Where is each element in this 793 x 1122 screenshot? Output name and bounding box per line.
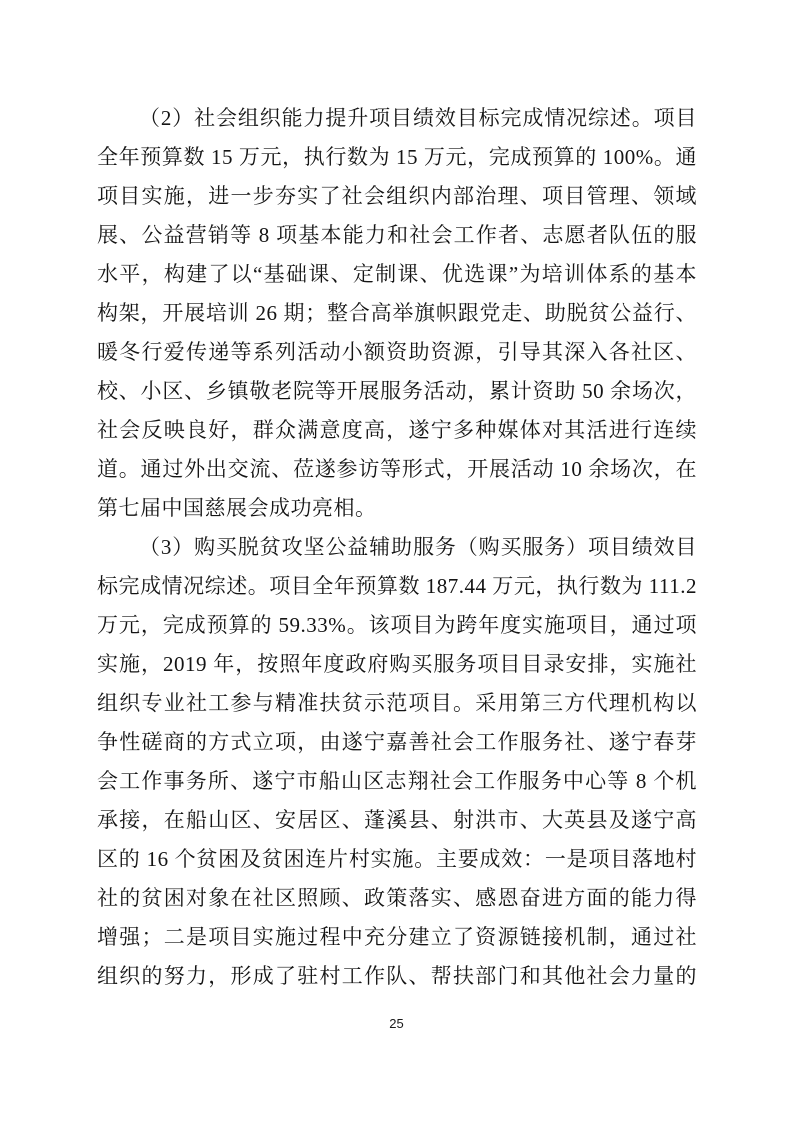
text-line: 争性磋商的方式立项，由遂宁嘉善社会工作服务社、遂宁春芽社 [97, 723, 697, 762]
text-line: 组织专业社工参与精准扶贫示范项目。采用第三方代理机构以竞 [97, 684, 697, 723]
text-line: 会工作事务所、遂宁市船山区志翔社会工作服务中心等 8 个机构 [97, 762, 697, 801]
document-page: （2）社会组织能力提升项目绩效目标完成情况综述。项目 全年预算数 15 万元，执… [0, 0, 793, 1122]
text-line: 实施，2019 年，按照年度政府购买服务项目目录安排，实施社会 [97, 645, 697, 684]
text-line: （2）社会组织能力提升项目绩效目标完成情况综述。项目 [97, 99, 697, 138]
text-line: 标完成情况综述。项目全年预算数 187.44 万元，执行数为 111.2 [97, 567, 697, 606]
text-line: （3）购买脱贫攻坚公益辅助服务（购买服务）项目绩效目 [97, 528, 697, 567]
text-line: 第七届中国慈展会成功亮相。 [97, 489, 697, 528]
text-line: 展、公益营销等 8 项基本能力和社会工作者、志愿者队伍的服务 [97, 216, 697, 255]
paragraph-section-2: （2）社会组织能力提升项目绩效目标完成情况综述。项目 全年预算数 15 万元，执… [97, 99, 697, 528]
text-line: 万元，完成预算的 59.33%。该项目为跨年度实施项目，通过项目 [97, 606, 697, 645]
text-line: 组织的努力，形成了驻村工作队、帮扶部门和其他社会力量的合 [97, 957, 697, 996]
text-line: 区的 16 个贫困及贫困连片村实施。主要成效：一是项目落地村 [97, 840, 697, 879]
text-line: 全年预算数 15 万元，执行数为 15 万元，完成预算的 100%。通过 [97, 138, 697, 177]
document-body: （2）社会组织能力提升项目绩效目标完成情况综述。项目 全年预算数 15 万元，执… [97, 99, 697, 996]
text-line: 道。通过外出交流、莅遂参访等形式，开展活动 10 余场次，在 [97, 450, 697, 489]
text-line: 暖冬行爱传递等系列活动小额资助资源，引导其深入各社区、学 [97, 333, 697, 372]
text-line: 构架，开展培训 26 期；整合高举旗帜跟党走、助脱贫公益行、 [97, 294, 697, 333]
text-line: 项目实施，进一步夯实了社会组织内部治理、项目管理、领域拓 [97, 177, 697, 216]
text-line: 社的贫困对象在社区照顾、政策落实、感恩奋进方面的能力得到 [97, 879, 697, 918]
page-number: 25 [0, 1016, 793, 1031]
text-line: 社会反映良好，群众满意度高，遂宁多种媒体对其活进行连续报 [97, 411, 697, 450]
paragraph-section-3: （3）购买脱贫攻坚公益辅助服务（购买服务）项目绩效目 标完成情况综述。项目全年预… [97, 528, 697, 996]
text-line: 校、小区、乡镇敬老院等开展服务活动，累计资助 50 余场次， [97, 372, 697, 411]
text-line: 水平，构建了以“基础课、定制课、优选课”为培训体系的基本 [97, 255, 697, 294]
text-line: 承接，在船山区、安居区、蓬溪县、射洪市、大英县及遂宁高新 [97, 801, 697, 840]
text-line: 增强；二是项目实施过程中充分建立了资源链接机制，通过社会 [97, 918, 697, 957]
